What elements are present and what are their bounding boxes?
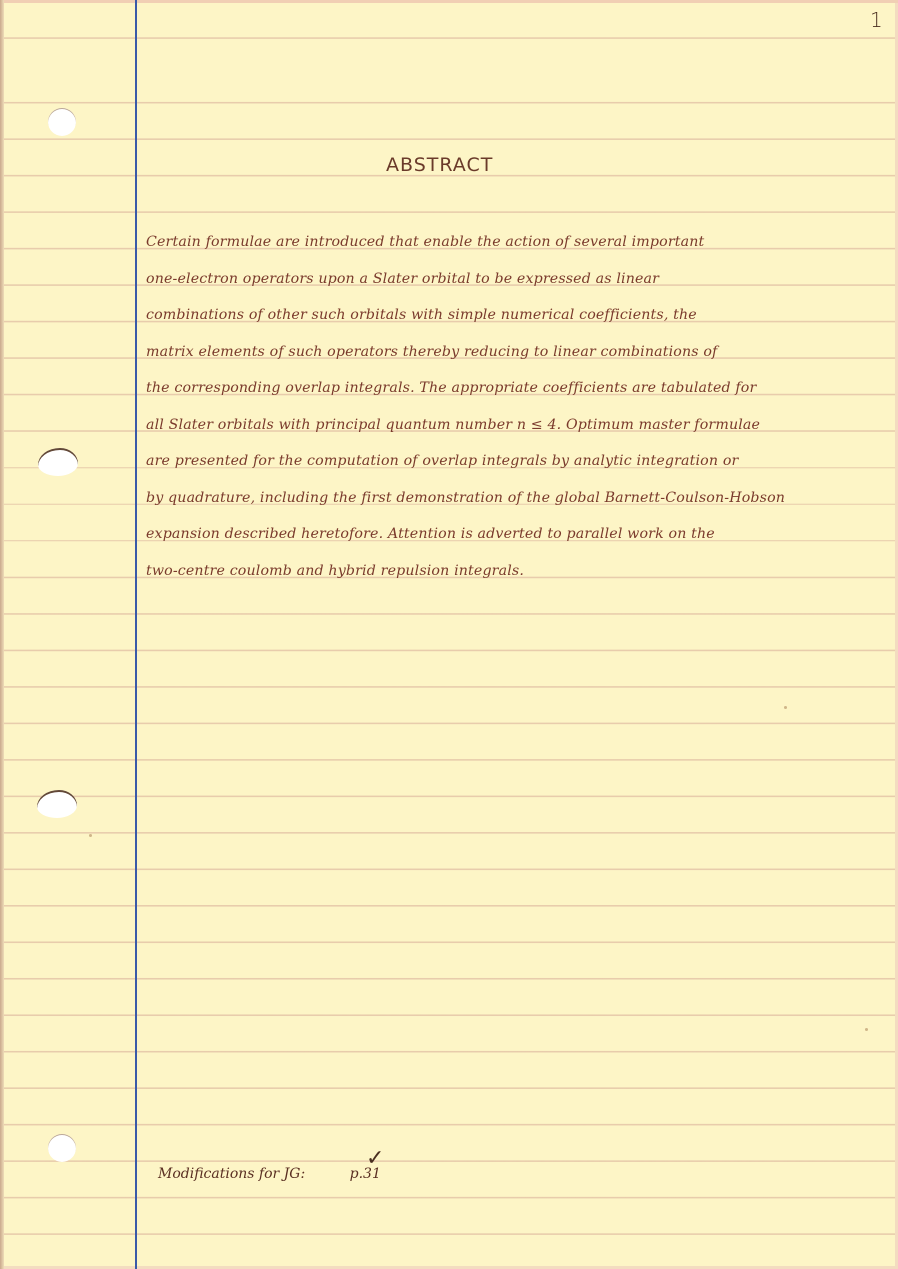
abstract-line: the corresponding overlap integrals. The… (146, 370, 891, 407)
abstract-line: two-centre coulomb and hybrid repulsion … (146, 553, 891, 590)
abstract-line: combinations of other such orbitals with… (146, 297, 891, 334)
abstract-line: Certain formulae are introduced that ena… (146, 224, 891, 261)
punch-hole-2 (38, 448, 78, 476)
paper-speck (89, 834, 92, 837)
abstract-body: Certain formulae are introduced that ena… (146, 224, 891, 589)
abstract-line: one-electron operators upon a Slater orb… (146, 261, 891, 298)
abstract-line: by quadrature, including the first demon… (146, 480, 891, 517)
page-number: 1 (870, 8, 883, 32)
page-title: ABSTRACT (386, 154, 493, 176)
paper-speck (865, 1028, 868, 1031)
modifications-label: Modifications for JG: (158, 1166, 305, 1182)
modifications-note: Modifications for JG: p.31 (158, 1166, 381, 1182)
paper-speck (784, 706, 787, 709)
abstract-line: expansion described heretofore. Attentio… (146, 516, 891, 553)
punch-hole-1 (48, 108, 76, 136)
abstract-line: matrix elements of such operators thereb… (146, 334, 891, 371)
checkmark-icon: ✓ (366, 1146, 384, 1171)
abstract-line: are presented for the computation of ove… (146, 443, 891, 480)
margin-line (135, 0, 137, 1269)
page-left-edge (0, 0, 4, 1269)
abstract-line: all Slater orbitals with principal quant… (146, 407, 891, 444)
notebook-page: 1 ABSTRACT Certain formulae are introduc… (0, 0, 898, 1269)
punch-hole-3 (37, 790, 77, 818)
punch-hole-4 (48, 1134, 76, 1162)
